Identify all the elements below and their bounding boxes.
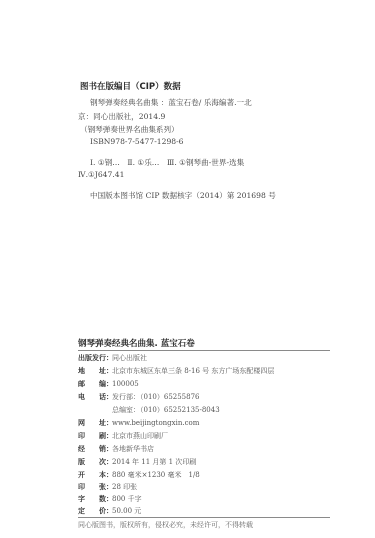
row-value: 100005 xyxy=(112,380,139,388)
row-value: 北京市燕山印刷厂 xyxy=(112,432,168,440)
row-label: 印 张： xyxy=(78,482,112,492)
row-value: 880 毫米×1230 毫米 1/8 xyxy=(112,471,200,479)
row-value: 50.00 元 xyxy=(112,507,141,515)
cip-line: （钢琴弹奏世界名曲集系列） xyxy=(80,124,179,135)
row-label: 电 话： xyxy=(78,392,112,402)
cip-record-number: 中国版本图书馆 CIP 数据核字（2014）第 201698 号 xyxy=(90,190,276,201)
colophon-row-wordcount: 字 数：800 千字 xyxy=(78,494,142,504)
colophon-row-price: 定 价：50.00 元 xyxy=(78,506,141,516)
colophon-row-phone-editorial: 总编室：（010）65252135-8043 xyxy=(78,405,220,415)
row-label: 版 次： xyxy=(78,457,112,467)
row-label: 地 址： xyxy=(78,366,112,376)
colophon-row-website: 网 址：www.beijingtongxin.com xyxy=(78,418,199,428)
cip-heading: 图书在版编目（CIP）数据 xyxy=(80,80,181,92)
row-value: 北京市东城区东单三条 8-16 号 东方广场东配楼四层 xyxy=(112,367,274,375)
row-value: 2014 年 11 月第 1 次印刷 xyxy=(112,458,196,466)
row-value: 800 千字 xyxy=(112,495,142,503)
row-value: 28 印张 xyxy=(112,483,137,491)
row-label: 定 价： xyxy=(78,506,112,516)
row-label: 出版发行： xyxy=(78,353,112,363)
colophon-row-postcode: 邮 编：100005 xyxy=(78,379,139,389)
colophon-row-address: 地 址：北京市东城区东单三条 8-16 号 东方广场东配楼四层 xyxy=(78,366,274,376)
row-value: 各地新华书店 xyxy=(112,445,154,453)
cip-line: 京：同心出版社，2014.9 xyxy=(78,111,165,122)
row-label: 字 数： xyxy=(78,494,112,504)
divider xyxy=(78,517,330,518)
colophon-row-publisher: 出版发行：同心出版社 xyxy=(78,353,147,363)
colophon-row-edition: 版 次：2014 年 11 月第 1 次印刷 xyxy=(78,457,196,467)
row-label: 开 本： xyxy=(78,470,112,480)
colophon-row-phone: 电 话：发行部：（010）65255876 xyxy=(78,392,200,402)
cip-line: ISBN978-7-5477-1298-6 xyxy=(90,137,184,146)
row-label: 邮 编： xyxy=(78,379,112,389)
cip-classification: Ⅳ.①J647.41 xyxy=(78,170,124,179)
row-value: 发行部：（010）65255876 xyxy=(112,393,200,401)
cip-line: 钢琴弹奏经典名曲集 ：蓝宝石卷/ 乐海编著.一北 xyxy=(90,97,252,108)
cip-classification: Ⅰ. ①钢… Ⅱ. ①乐… Ⅲ. ①钢琴曲-世界-选集 xyxy=(90,157,244,168)
row-label: 印 刷： xyxy=(78,431,112,441)
row-label: 经 销： xyxy=(78,444,112,454)
colophon-row-format: 开 本：880 毫米×1230 毫米 1/8 xyxy=(78,470,200,480)
colophon-row-sheets: 印 张：28 印张 xyxy=(78,482,137,492)
row-label: 网 址： xyxy=(78,418,112,428)
copyright-notice: 同心版图书，版权所有，侵权必究，未经许可，不得转载 xyxy=(78,520,253,530)
row-value: 总编室：（010）65252135-8043 xyxy=(112,406,220,414)
colophon-row-printer: 印 刷：北京市燕山印刷厂 xyxy=(78,431,168,441)
book-title: 钢琴弹奏经典名曲集. 蓝宝石卷 xyxy=(78,337,195,349)
colophon-row-distributor: 经 销：各地新华书店 xyxy=(78,444,154,454)
row-value: www.beijingtongxin.com xyxy=(112,419,199,427)
row-value: 同心出版社 xyxy=(112,354,147,362)
divider xyxy=(78,350,330,351)
